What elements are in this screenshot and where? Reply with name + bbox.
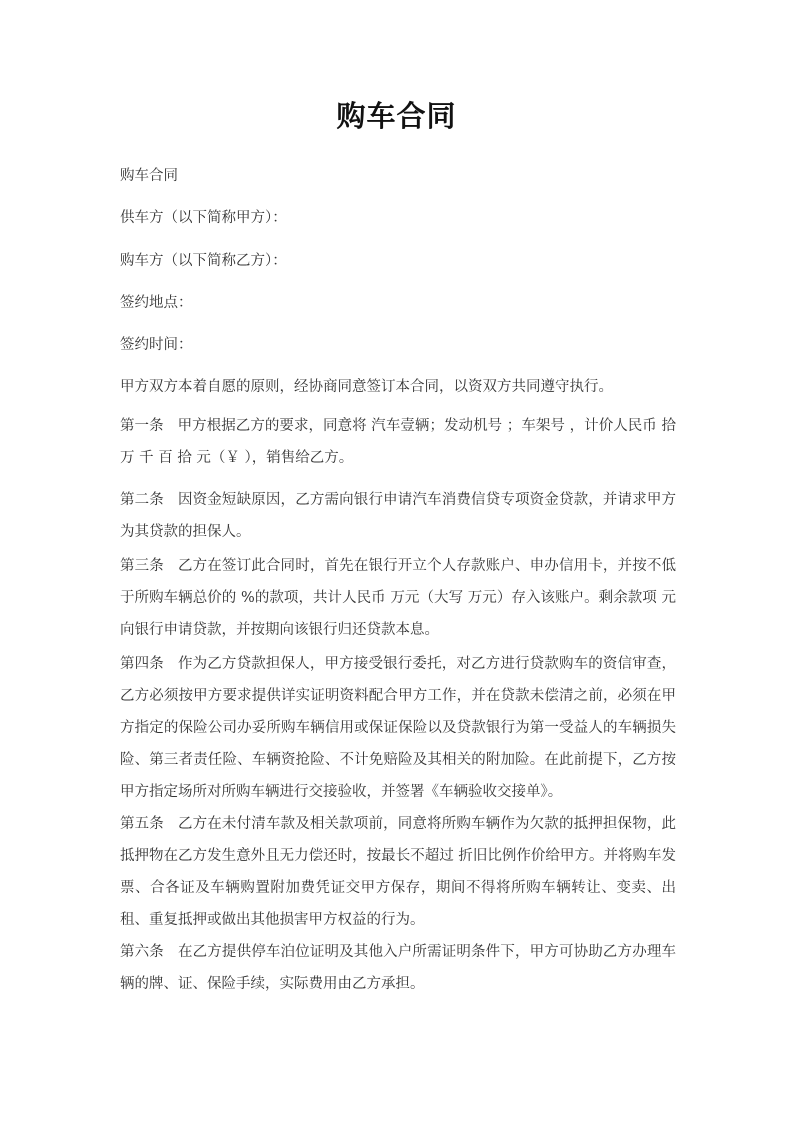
article-text: 甲方根据乙方的要求，同意将 汽车壹辆；发动机号 ；车架号 ，计价人民币 拾 万 …: [120, 418, 676, 466]
article-number: 第一条: [120, 418, 164, 434]
article-2: 第二条因资金短缺原因，乙方需向银行申请汽车消费信贷专项资金贷款，并请求甲方为其贷…: [120, 484, 676, 548]
article-1: 第一条甲方根据乙方的要求，同意将 汽车壹辆；发动机号 ；车架号 ，计价人民币 拾…: [120, 410, 676, 474]
article-number: 第六条: [120, 944, 164, 960]
article-number: 第三条: [120, 558, 164, 574]
document-page: 购车合同 购车合同 供车方（以下简称甲方）： 购车方（以下简称乙方）： 签约地点…: [0, 0, 793, 1122]
article-3: 第三条乙方在签订此合同时，首先在银行开立个人存款账户、申办信用卡，并按不低于所购…: [120, 550, 676, 646]
signing-place-field: 签约地点：: [120, 293, 676, 313]
article-text: 乙方在签订此合同时，首先在银行开立个人存款账户、申办信用卡，并按不低于所购车辆总…: [120, 558, 676, 638]
document-subtitle: 购车合同: [120, 166, 676, 186]
article-4: 第四条作为乙方贷款担保人，甲方接受银行委托，对乙方进行贷款购车的资信审查，乙方必…: [120, 648, 676, 808]
signing-time-field: 签约时间：: [120, 335, 676, 355]
supplier-field: 供车方（以下简称甲方）：: [120, 208, 676, 228]
buyer-field: 购车方（以下简称乙方）：: [120, 251, 676, 271]
article-text: 作为乙方贷款担保人，甲方接受银行委托，对乙方进行贷款购车的资信审查，乙方必须按甲…: [120, 656, 676, 800]
article-text: 在乙方提供停车泊位证明及其他入户所需证明条件下，甲方可协助乙方办理车辆的牌、证、…: [120, 944, 676, 992]
article-6: 第六条在乙方提供停车泊位证明及其他入户所需证明条件下，甲方可协助乙方办理车辆的牌…: [120, 936, 676, 1000]
article-text: 乙方在未付清车款及相关款项前，同意将所购车辆作为欠款的抵押担保物，此抵押物在乙方…: [120, 816, 676, 928]
article-number: 第四条: [120, 656, 164, 672]
article-number: 第五条: [120, 816, 164, 832]
article-5: 第五条乙方在未付清车款及相关款项前，同意将所购车辆作为欠款的抵押担保物，此抵押物…: [120, 808, 676, 936]
document-title: 购车合同: [0, 96, 793, 136]
article-text: 因资金短缺原因，乙方需向银行申请汽车消费信贷专项资金贷款，并请求甲方为其贷款的担…: [120, 492, 676, 540]
article-number: 第二条: [120, 492, 164, 508]
preamble: 甲方双方本着自愿的原则，经协商同意签订本合同，以资双方共同遵守执行。: [120, 377, 676, 397]
